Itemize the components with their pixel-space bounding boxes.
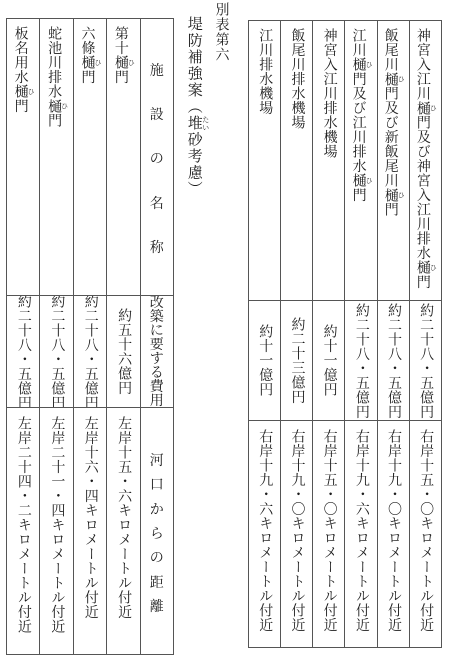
- facility-name-cell: 板名用水樋ひ門: [7, 19, 39, 296]
- table-title: 堤防補強案（堆たい砂考慮）: [184, 16, 210, 198]
- facility-table-right: 神宮入江川樋ひ門及び神宮入江川排水樋ひ門 約二十八・五億円 右岸十五・〇キロメー…: [248, 20, 442, 648]
- facility-name-cell: 江川排水機場: [249, 21, 280, 301]
- facility-name: 江川排水機場: [256, 28, 274, 115]
- facility-name-cell: 神宮入江川樋ひ門及び神宮入江川排水樋ひ門: [410, 21, 441, 301]
- facility-column: 飯尾川排水機場 約二十三億円 右岸十九・〇キロメートル付近: [280, 21, 312, 647]
- facility-name-cell: 飯尾川排水機場: [281, 21, 312, 301]
- facility-distance: 左岸二十四・二キロメートル付近: [14, 416, 32, 634]
- header-distance-cell: 河口からの距離: [141, 408, 173, 654]
- facility-name: 六條樋ひ門: [78, 26, 102, 84]
- header-name-cell: 施設の名称: [141, 19, 173, 296]
- facility-distance-cell: 右岸十九・〇キロメートル付近: [378, 421, 409, 647]
- facility-column: 六條樋ひ門 約二十八・五億円 左岸十六・四キロメートル付近: [73, 19, 106, 654]
- facility-cost: 約二十八・五億円: [14, 296, 32, 408]
- facility-column: 江川樋ひ門及び江川排水樋ひ門 約二十八・五億円 右岸十九・六キロメートル付近: [344, 21, 376, 647]
- facility-cost: 約二十八・五億円: [384, 303, 402, 419]
- facility-cost: 約二十八・五億円: [81, 296, 99, 408]
- facility-cost: 約十一億円: [320, 324, 338, 397]
- facility-cost-cell: 約五十六億円: [107, 296, 139, 408]
- facility-distance: 左岸十六・四キロメートル付近: [81, 416, 99, 619]
- facility-cost: 約五十六億円: [115, 308, 133, 395]
- facility-name-cell: 蛇池川排水樋ひ門: [40, 19, 72, 296]
- facility-cost-cell: 約二十八・五億円: [7, 296, 39, 408]
- facility-distance-cell: 右岸十九・六キロメートル付近: [249, 421, 280, 647]
- facility-column: 神宮入江川樋ひ門及び神宮入江川排水樋ひ門 約二十八・五億円 右岸十五・〇キロメー…: [409, 21, 441, 647]
- facility-cost: 約二十八・五億円: [352, 303, 370, 419]
- facility-name-cell: 第十樋ひ門: [107, 19, 139, 296]
- facility-name-cell: 飯尾川樋ひ門及び新飯尾川樋ひ門: [378, 21, 409, 301]
- header-facility-name: 施設の名称: [150, 26, 164, 295]
- header-cost: 改築に要する費用: [150, 296, 164, 407]
- facility-name-cell: 江川樋ひ門及び江川排水樋ひ門: [345, 21, 376, 301]
- header-distance: 河口からの距離: [150, 416, 164, 654]
- facility-distance-cell: 左岸十五・六キロメートル付近: [107, 408, 139, 654]
- facility-cost: 約二十八・五億円: [48, 296, 66, 408]
- facility-distance-cell: 右岸十五・〇キロメートル付近: [410, 421, 441, 647]
- facility-distance: 右岸十九・〇キロメートル付近: [288, 429, 306, 632]
- facility-cost-cell: 約十一億円: [249, 301, 280, 421]
- facility-distance-cell: 左岸十六・四キロメートル付近: [74, 408, 106, 654]
- facility-distance: 右岸十九・六キロメートル付近: [352, 429, 370, 632]
- facility-distance: 左岸二十一・四キロメートル付近: [48, 416, 66, 634]
- facility-cost-cell: 約二十八・五億円: [410, 301, 441, 421]
- facility-column: 神宮入江川排水機場 約十一億円 右岸十五・〇キロメートル付近: [312, 21, 344, 647]
- facility-table-left: 施設の名称 改築に要する費用 河口からの距離 第十樋ひ門 約五十六億円 左岸十五…: [6, 18, 174, 655]
- facility-column: 江川排水機場 約十一億円 右岸十九・六キロメートル付近: [249, 21, 280, 647]
- header-cost-cell: 改築に要する費用: [141, 296, 173, 408]
- facility-name-cell: 六條樋ひ門: [74, 19, 106, 296]
- facility-cost-cell: 約二十八・五億円: [40, 296, 72, 408]
- facility-distance-cell: 右岸十九・六キロメートル付近: [345, 421, 376, 647]
- facility-name: 蛇池川排水樋ひ門: [45, 26, 69, 128]
- facility-distance-cell: 右岸十五・〇キロメートル付近: [313, 421, 344, 647]
- facility-distance-cell: 左岸二十一・四キロメートル付近: [40, 408, 72, 654]
- facility-name: 板名用水樋ひ門: [11, 26, 35, 113]
- facility-cost: 約二十八・五億円: [417, 303, 435, 419]
- appendix-label: 別表第六: [212, 2, 230, 62]
- facility-name: 神宮入江川樋ひ門及び神宮入江川排水樋ひ門: [413, 28, 437, 289]
- facility-column: 蛇池川排水樋ひ門 約二十八・五億円 左岸二十一・四キロメートル付近: [39, 19, 72, 654]
- facility-name: 飯尾川樋ひ門及び新飯尾川樋ひ門: [381, 28, 405, 217]
- facility-distance-cell: 右岸十九・〇キロメートル付近: [281, 421, 312, 647]
- facility-name: 江川樋ひ門及び江川排水樋ひ門: [349, 28, 373, 202]
- facility-distance: 左岸十五・六キロメートル付近: [115, 416, 133, 619]
- facility-cost-cell: 約二十八・五億円: [378, 301, 409, 421]
- facility-cost-cell: 約二十三億円: [281, 301, 312, 421]
- facility-name-cell: 神宮入江川排水機場: [313, 21, 344, 301]
- header-column: 施設の名称 改築に要する費用 河口からの距離: [140, 19, 173, 654]
- facility-name: 神宮入江川排水機場: [320, 28, 338, 159]
- facility-cost-cell: 約二十八・五億円: [345, 301, 376, 421]
- facility-name: 第十樋ひ門: [111, 26, 135, 84]
- facility-cost-cell: 約二十八・五億円: [74, 296, 106, 408]
- facility-distance: 右岸十五・〇キロメートル付近: [417, 429, 435, 632]
- facility-cost-cell: 約十一億円: [313, 301, 344, 421]
- facility-distance-cell: 左岸二十四・二キロメートル付近: [7, 408, 39, 654]
- facility-column: 飯尾川樋ひ門及び新飯尾川樋ひ門 約二十八・五億円 右岸十九・〇キロメートル付近: [377, 21, 409, 647]
- facility-distance: 右岸十九・六キロメートル付近: [256, 429, 274, 632]
- facility-cost: 約十一億円: [256, 324, 274, 397]
- facility-distance: 右岸十九・〇キロメートル付近: [384, 429, 402, 632]
- facility-name: 飯尾川排水機場: [288, 28, 306, 130]
- facility-column: 第十樋ひ門 約五十六億円 左岸十五・六キロメートル付近: [106, 19, 139, 654]
- facility-column: 板名用水樋ひ門 約二十八・五億円 左岸二十四・二キロメートル付近: [7, 19, 39, 654]
- facility-cost: 約二十三億円: [288, 317, 306, 404]
- facility-distance: 右岸十五・〇キロメートル付近: [320, 429, 338, 632]
